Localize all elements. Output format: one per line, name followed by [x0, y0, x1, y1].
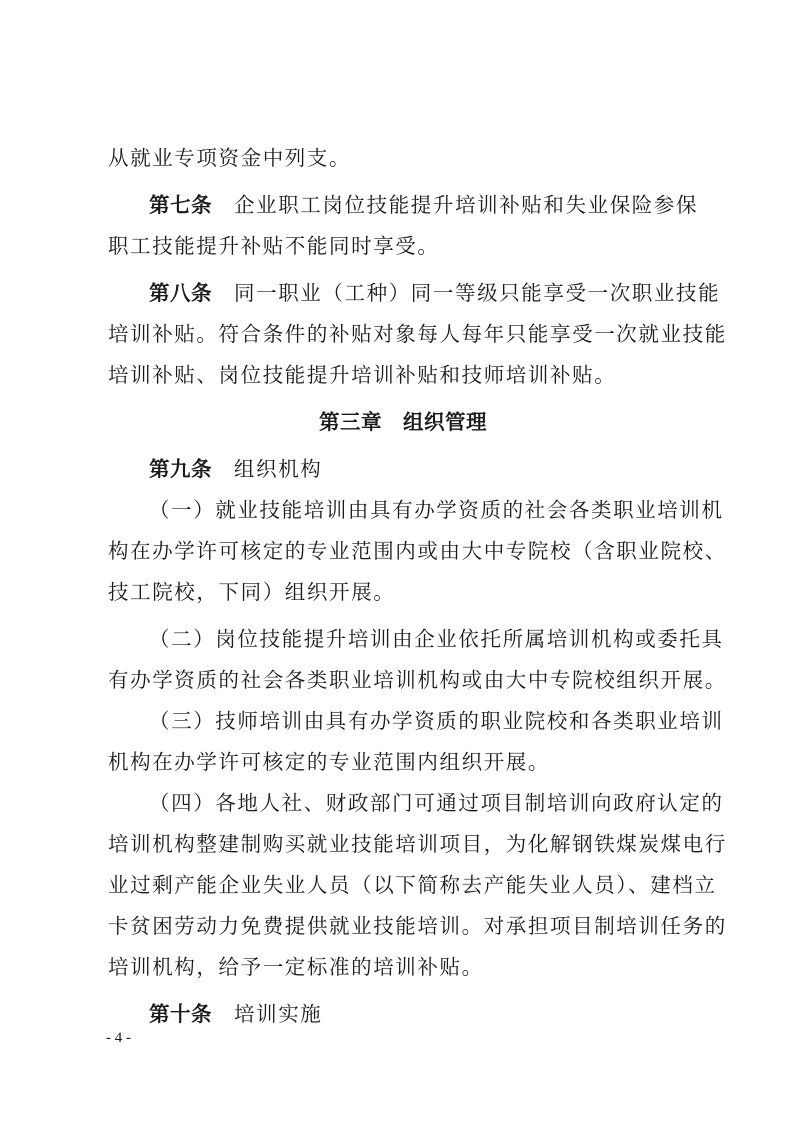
article-8-label: 第八条 [149, 281, 212, 305]
paragraph-line: 从就业专项资金中列支。 [108, 138, 698, 179]
item-3-line-1: （三）技师培训由具有办学资质的职业院校和各类职业培训 [108, 701, 698, 742]
item-3-line-2: 机构在办学许可核定的专业范围内组织开展。 [108, 742, 698, 783]
item-1-line-3: 技工院校，下同）组织开展。 [108, 572, 698, 613]
item-4-line-5: 培训机构，给予一定标准的培训补贴。 [108, 947, 698, 988]
document-page: 从就业专项资金中列支。 第七条企业职工岗位技能提升培训补贴和失业保险参保 职工技… [108, 138, 698, 1035]
item-1-line-2: 构在办学许可核定的专业范围内或由大中专院校（含职业院校、 [108, 531, 698, 572]
item-4-line-2: 培训机构整建制购买就业技能培训项目，为化解钢铁煤炭煤电行 [108, 824, 698, 865]
item-4-line-4: 卡贫困劳动力免费提供就业技能培训。对承担项目制培训任务的 [108, 906, 698, 947]
item-4-line-1: （四）各地人社、财政部门可通过项目制培训向政府认定的 [108, 783, 698, 824]
item-1-line-1: （一）就业技能培训由具有办学资质的社会各类职业培训机 [108, 490, 698, 531]
article-7-label: 第七条 [149, 193, 212, 217]
article-7-line-2: 职工技能提升补贴不能同时享受。 [108, 226, 698, 267]
article-9-label: 第九条 [149, 457, 212, 481]
item-2-line-1: （二）岗位技能提升培训由企业依托所属培训机构或委托具 [108, 619, 698, 660]
article-9-heading: 第九条组织机构 [108, 449, 698, 490]
article-8-line-3: 培训补贴、岗位技能提升培训补贴和技师培训补贴。 [108, 355, 698, 396]
chapter-heading: 第三章 组织管理 [108, 402, 698, 443]
article-7-line-1: 第七条企业职工岗位技能提升培训补贴和失业保险参保 [108, 185, 698, 226]
article-8-line-1: 第八条同一职业（工种）同一等级只能享受一次职业技能 [108, 273, 698, 314]
article-10-heading: 第十条培训实施 [108, 994, 698, 1035]
item-2-line-2: 有办学资质的社会各类职业培训机构或由大中专院校组织开展。 [108, 660, 698, 701]
article-8-line-2: 培训补贴。符合条件的补贴对象每人每年只能享受一次就业技能 [108, 314, 698, 355]
page-number: - 4 - [106, 1030, 131, 1047]
item-4-line-3: 业过剩产能企业失业人员（以下简称去产能失业人员）、建档立 [108, 865, 698, 906]
article-10-label: 第十条 [149, 1002, 212, 1026]
